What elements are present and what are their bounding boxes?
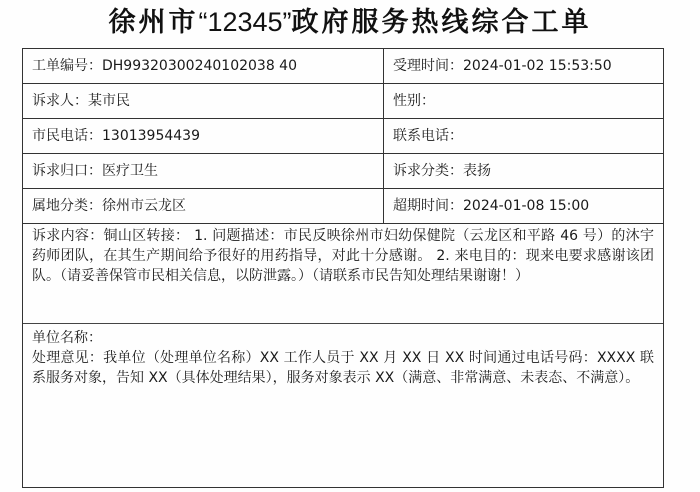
requester-cell: 诉求人：某市民: [23, 84, 384, 118]
requester-value: 某市民: [88, 93, 130, 109]
overdue-time-value: 2024-01-08 15:00: [463, 198, 589, 214]
accept-time-value: 2024-01-02 15:53:50: [463, 58, 612, 74]
content-label: 诉求内容：: [32, 228, 104, 244]
overdue-time-label: 超期时间：: [393, 198, 463, 214]
handling-opinion-section: 单位名称： 处理意见：我单位（处理单位名称）XX 工作人员于 XX 月 XX 日…: [23, 324, 663, 486]
ticket-no-value: DH99320300240102038 40: [102, 58, 297, 74]
request-type-label: 诉求分类：: [393, 163, 463, 179]
content-text: 铜山区转接： 1. 问题描述：市民反映徐州市妇幼保健院（云龙区和平路 46 号）…: [32, 228, 654, 284]
unit-name-line: 单位名称：: [32, 328, 654, 348]
row-territory: 属地分类：徐州市云龙区 超期时间：2024-01-08 15:00: [23, 189, 663, 224]
category-dept-label: 诉求归口：: [32, 163, 102, 179]
category-dept-cell: 诉求归口：医疗卫生: [23, 154, 384, 188]
category-dept-value: 医疗卫生: [102, 163, 158, 179]
accept-time-cell: 受理时间：2024-01-02 15:53:50: [384, 49, 663, 83]
contact-phone-label: 联系电话：: [393, 128, 463, 144]
territory-label: 属地分类：: [32, 198, 102, 214]
opinion-text: 我单位（处理单位名称）XX 工作人员于 XX 月 XX 日 XX 时间通过电话号…: [32, 350, 654, 386]
title-suffix: 政府服务热线综合工单: [292, 7, 592, 38]
row-requester: 诉求人：某市民 性别：: [23, 84, 663, 119]
request-type-cell: 诉求分类：表扬: [384, 154, 663, 188]
request-type-value: 表扬: [463, 163, 491, 179]
title-number: “12345”: [198, 7, 291, 37]
gender-label: 性别：: [393, 93, 435, 109]
citizen-phone-value: 13013954439: [102, 128, 200, 144]
opinion-label: 处理意见：: [32, 350, 103, 366]
ticket-no-label: 工单编号：: [32, 58, 102, 74]
overdue-time-cell: 超期时间：2024-01-08 15:00: [384, 189, 663, 223]
title-prefix: 徐州市: [108, 7, 198, 38]
citizen-phone-cell: 市民电话：13013954439: [23, 119, 384, 153]
request-content-section: 诉求内容：铜山区转接： 1. 问题描述：市民反映徐州市妇幼保健院（云龙区和平路 …: [23, 224, 663, 324]
document-title: 徐州市“12345”政府服务热线综合工单: [0, 4, 700, 40]
territory-value: 徐州市云龙区: [102, 198, 186, 214]
ticket-no-cell: 工单编号：DH99320300240102038 40: [23, 49, 384, 83]
row-ticket: 工单编号：DH99320300240102038 40 受理时间：2024-01…: [23, 49, 663, 84]
row-phone: 市民电话：13013954439 联系电话：: [23, 119, 663, 154]
requester-label: 诉求人：: [32, 93, 88, 109]
opinion-line: 处理意见：我单位（处理单位名称）XX 工作人员于 XX 月 XX 日 XX 时间…: [32, 348, 654, 388]
accept-time-label: 受理时间：: [393, 58, 463, 74]
contact-phone-cell: 联系电话：: [384, 119, 663, 153]
work-order-form: 工单编号：DH99320300240102038 40 受理时间：2024-01…: [22, 48, 664, 488]
unit-name-label: 单位名称：: [32, 330, 102, 346]
territory-cell: 属地分类：徐州市云龙区: [23, 189, 384, 223]
gender-cell: 性别：: [384, 84, 663, 118]
citizen-phone-label: 市民电话：: [32, 128, 102, 144]
row-category: 诉求归口：医疗卫生 诉求分类：表扬: [23, 154, 663, 189]
